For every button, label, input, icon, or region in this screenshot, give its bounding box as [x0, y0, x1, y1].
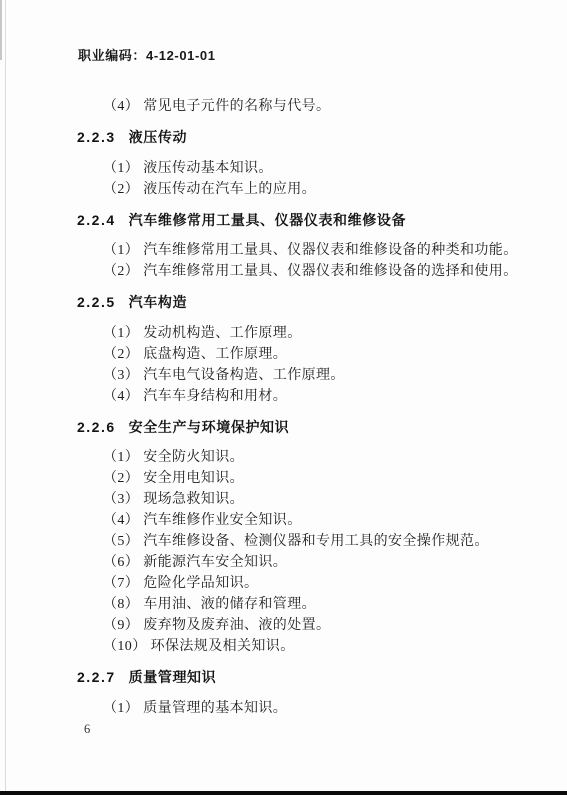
page-left-edge-line	[5, 0, 6, 795]
list-item-text: 底盘构造、工作原理。	[143, 347, 287, 362]
page-bottom-edge-bar	[0, 791, 567, 795]
list-item: （4）汽车维修作业安全知识。	[77, 510, 547, 531]
section-title: 安全生产与环境保护知识	[129, 419, 290, 435]
list-item: （7）危险化学品知识。	[77, 573, 547, 594]
list-item-number: （1）	[103, 326, 139, 341]
list-item-number: （3）	[103, 492, 139, 507]
list-item-number: （4）	[103, 513, 139, 528]
document-section: 2.2.4汽车维修常用工量具、仪器仪表和维修设备（1）汽车维修常用工量具、仪器仪…	[77, 210, 547, 283]
list-item: （3）汽车电气设备构造、工作原理。	[77, 365, 547, 386]
list-item-number: （2）	[103, 182, 139, 197]
list-item-text: 汽车维修设备、检测仪器和专用工具的安全操作规范。	[143, 534, 489, 549]
list-item-text: 质量管理的基本知识。	[143, 701, 287, 716]
list-item: （2）汽车维修常用工量具、仪器仪表和维修设备的选择和使用。	[77, 261, 547, 282]
list-item-number: （3）	[103, 368, 139, 383]
section-title: 汽车构造	[129, 294, 187, 310]
list-item-text: 发动机构造、工作原理。	[143, 326, 301, 341]
document-section: 2.2.7质量管理知识（1）质量管理的基本知识。	[77, 667, 547, 719]
section-heading: 2.2.5汽车构造	[77, 292, 547, 313]
list-item-number: （2）	[103, 471, 139, 486]
list-item: （2）底盘构造、工作原理。	[77, 344, 547, 365]
list-item-number: （2）	[103, 264, 139, 279]
list-item-number: （2）	[103, 347, 139, 362]
list-item-text: 安全防火知识。	[143, 450, 244, 465]
list-item-text: 安全用电知识。	[143, 471, 244, 486]
list-item-text: 汽车维修作业安全知识。	[143, 513, 301, 528]
list-item-text: 车用油、液的储存和管理。	[143, 597, 316, 612]
list-item: （9）废弃物及废弃油、液的处置。	[77, 615, 547, 636]
list-item-number: （8）	[103, 597, 139, 612]
occupation-code-header: 职业编码：4-12-01-01	[78, 48, 216, 64]
list-item-text: 汽车车身结构和用材。	[143, 389, 287, 404]
document-body: （4）常见电子元件的名称与代号。2.2.3液压传动（1）液压传动基本知识。（2）…	[77, 96, 547, 719]
list-item-text: 液压传动基本知识。	[143, 161, 273, 176]
list-item-number: （5）	[103, 534, 139, 549]
list-item-number: （4）	[103, 389, 139, 404]
section-title: 液压传动	[129, 129, 187, 145]
list-item-number: （1）	[103, 701, 139, 716]
list-item-number: （4）	[103, 99, 139, 114]
section-heading: 2.2.4汽车维修常用工量具、仪器仪表和维修设备	[77, 210, 547, 231]
section-title: 质量管理知识	[129, 669, 217, 685]
list-item-text: 常见电子元件的名称与代号。	[143, 99, 330, 114]
section-number: 2.2.4	[77, 212, 116, 228]
list-item: （1）液压传动基本知识。	[77, 158, 547, 179]
document-section: 2.2.5汽车构造（1）发动机构造、工作原理。（2）底盘构造、工作原理。（3）汽…	[77, 292, 547, 407]
list-item-text: 环保法规及相关知识。	[151, 639, 295, 654]
document-section: 2.2.6安全生产与环境保护知识（1）安全防火知识。（2）安全用电知识。（3）现…	[77, 417, 547, 658]
list-item-number: （9）	[103, 618, 139, 633]
list-item-text: 现场急救知识。	[143, 492, 244, 507]
list-item: （3）现场急救知识。	[77, 489, 547, 510]
list-item-text: 汽车维修常用工量具、仪器仪表和维修设备的种类和功能。	[143, 243, 517, 258]
page-left-edge-scan-artifact	[0, 0, 2, 60]
list-item: （10）环保法规及相关知识。	[77, 636, 547, 657]
list-item-number: （7）	[103, 576, 139, 591]
section-heading: 2.2.6安全生产与环境保护知识	[77, 417, 547, 438]
page-number: 6	[84, 722, 90, 737]
list-item-number: （1）	[103, 450, 139, 465]
document-section: （4）常见电子元件的名称与代号。	[77, 96, 547, 117]
list-item: （8）车用油、液的储存和管理。	[77, 594, 547, 615]
list-item-text: 液压传动在汽车上的应用。	[143, 182, 316, 197]
list-item-number: （6）	[103, 555, 139, 570]
list-item: （2）安全用电知识。	[77, 468, 547, 489]
section-heading: 2.2.7质量管理知识	[77, 667, 547, 688]
document-section: 2.2.3液压传动（1）液压传动基本知识。（2）液压传动在汽车上的应用。	[77, 127, 547, 200]
list-item: （2）液压传动在汽车上的应用。	[77, 179, 547, 200]
list-item: （4）汽车车身结构和用材。	[77, 386, 547, 407]
list-item: （1）安全防火知识。	[77, 447, 547, 468]
section-number: 2.2.3	[77, 129, 116, 145]
section-title: 汽车维修常用工量具、仪器仪表和维修设备	[129, 212, 406, 228]
list-item: （1）发动机构造、工作原理。	[77, 323, 547, 344]
list-item-number: （1）	[103, 243, 139, 258]
list-item-text: 危险化学品知识。	[143, 576, 258, 591]
list-item-text: 汽车电气设备构造、工作原理。	[143, 368, 345, 383]
list-item-text: 废弃物及废弃油、液的处置。	[143, 618, 330, 633]
list-item: （5）汽车维修设备、检测仪器和专用工具的安全操作规范。	[77, 531, 547, 552]
list-item: （1）汽车维修常用工量具、仪器仪表和维修设备的种类和功能。	[77, 240, 547, 261]
section-heading: 2.2.3液压传动	[77, 127, 547, 148]
list-item: （4）常见电子元件的名称与代号。	[77, 96, 547, 117]
section-number: 2.2.7	[77, 669, 116, 685]
list-item-text: 汽车维修常用工量具、仪器仪表和维修设备的选择和使用。	[143, 264, 517, 279]
list-item-number: （10）	[103, 639, 147, 654]
section-number: 2.2.5	[77, 294, 116, 310]
list-item-number: （1）	[103, 161, 139, 176]
list-item: （1）质量管理的基本知识。	[77, 698, 547, 719]
list-item-text: 新能源汽车安全知识。	[143, 555, 287, 570]
section-number: 2.2.6	[77, 419, 116, 435]
list-item: （6）新能源汽车安全知识。	[77, 552, 547, 573]
